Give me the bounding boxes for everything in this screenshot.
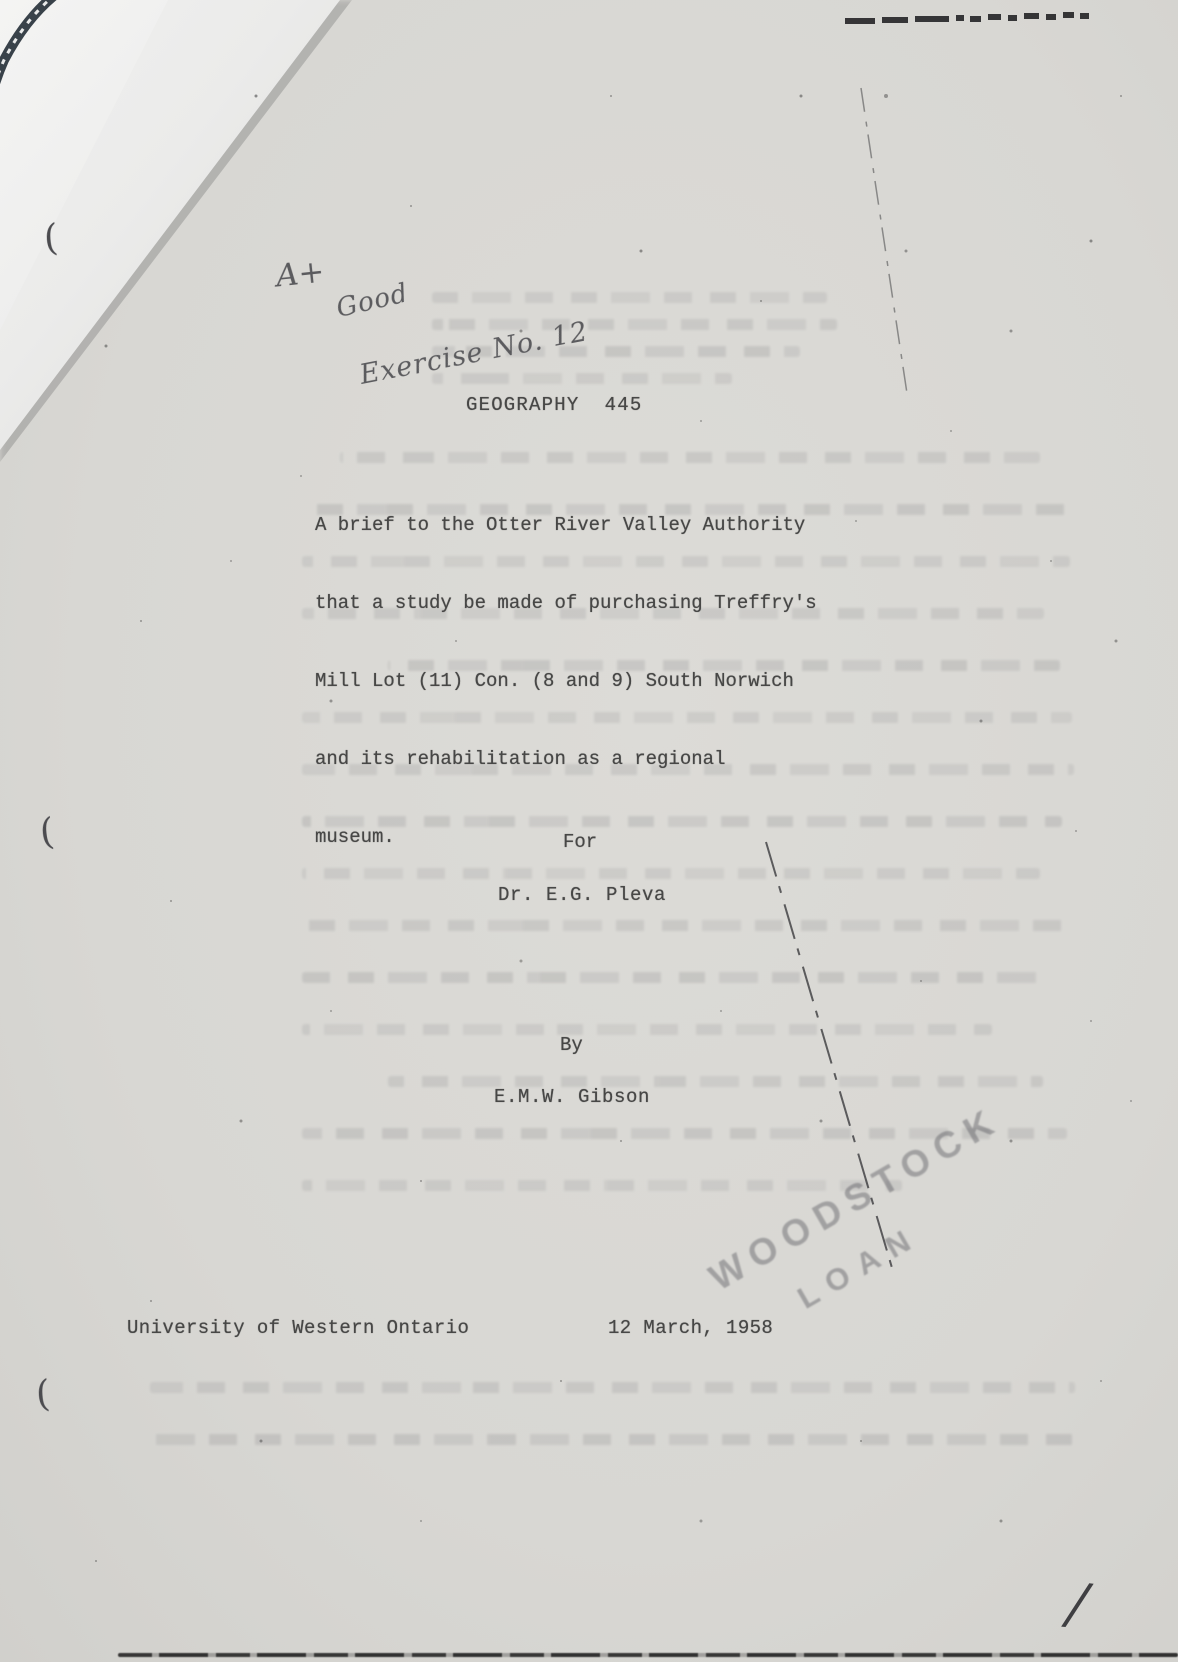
title-line: that a study be made of purchasing Treff… — [315, 590, 817, 616]
bleedthrough-line — [302, 1024, 992, 1035]
bleedthrough-line — [302, 972, 1050, 983]
bleedthrough-line — [432, 373, 732, 384]
diagonal-ink-stamp: WOODSTOCK LOAN — [676, 1063, 1163, 1477]
advisor-name: Dr. E.G. Pleva — [498, 884, 666, 906]
handwritten-page-number: / — [1065, 1571, 1091, 1638]
author-name: E.M.W. Gibson — [494, 1086, 650, 1108]
handwritten-grade: A+ — [274, 254, 326, 295]
bleedthrough-line — [302, 1180, 902, 1191]
document-date: 12 March, 1958 — [608, 1317, 773, 1339]
title-line: A brief to the Otter River Valley Author… — [315, 512, 817, 538]
paper-speckle-noise — [0, 0, 2, 2]
margin-pen-mark-1: ( — [43, 218, 60, 260]
bleedthrough-line — [432, 292, 827, 303]
course-heading: GEOGRAPHY 445 — [466, 394, 642, 416]
bleedthrough-line — [302, 920, 1072, 931]
margin-pen-mark-2: ( — [38, 811, 56, 853]
margin-pen-mark-3: ( — [35, 1374, 52, 1416]
title-line: Mill Lot (11) Con. (8 and 9) South Norwi… — [315, 668, 817, 694]
bleedthrough-line — [432, 319, 837, 330]
scanned-document-page: WOODSTOCK LOAN A+ Good Exercise No. 12 (… — [0, 0, 1178, 1662]
clipped-text-bottom-edge — [118, 1653, 1178, 1657]
bleedthrough-line — [150, 1434, 1080, 1445]
clipped-text-top-edge — [845, 15, 1089, 21]
title-line: and its rehabilitation as a regional — [315, 746, 817, 772]
bleedthrough-line — [388, 1076, 1043, 1087]
scratch-line-top — [861, 88, 908, 400]
institution-name: University of Western Ontario — [127, 1317, 469, 1339]
by-label: By — [560, 1034, 583, 1056]
handwritten-comment: Good — [334, 278, 412, 324]
for-label: For — [563, 831, 597, 853]
